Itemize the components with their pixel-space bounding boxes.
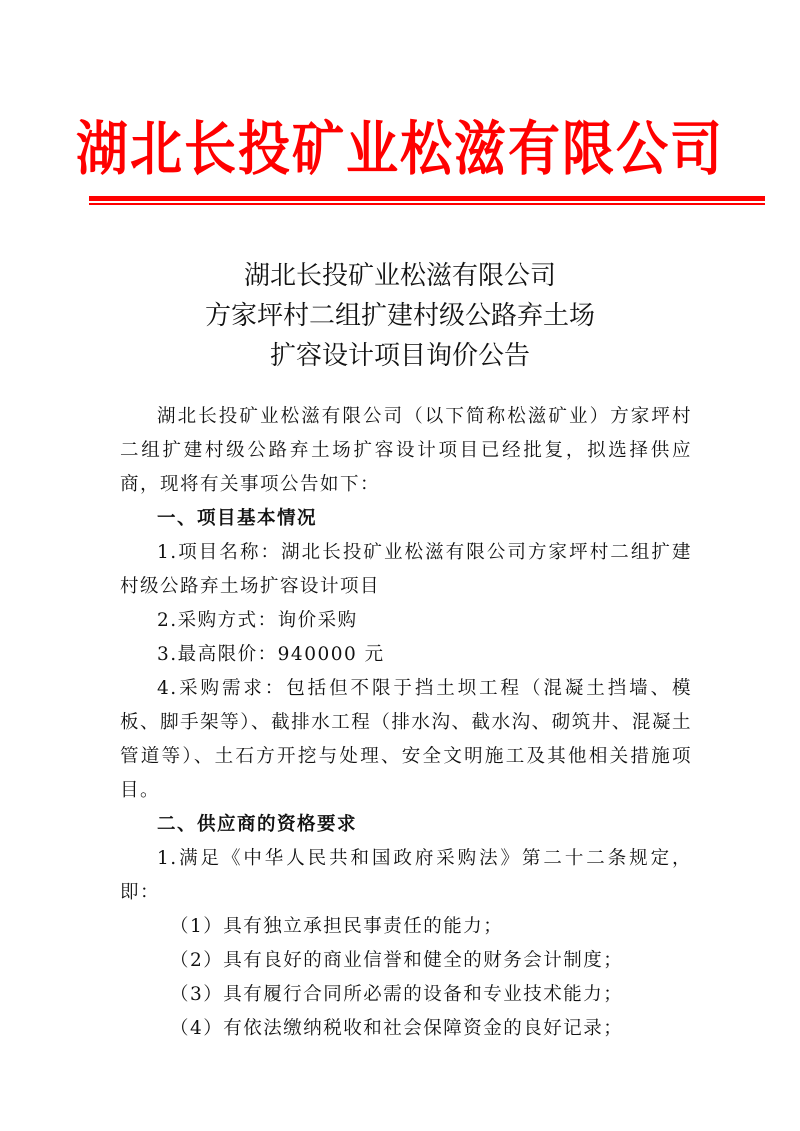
title-line-2: 方家坪村二组扩建村级公路弃土场 [0,296,800,336]
section-1-item-3: 3.最高限价：940000 元 [120,638,692,672]
masthead-rule-thick [89,196,765,201]
section-2-item-1: 1.满足《中华人民共和国政府采购法》第二十二条规定，即： [120,842,692,910]
title-line-1: 湖北长投矿业松滋有限公司 [0,256,800,296]
section-2-subitem-2: （2）具有良好的商业信誉和健全的财务会计制度； [120,944,692,978]
section-1-item-4: 4.采购需求：包括但不限于挡土坝工程（混凝土挡墙、模板、脚手架等）、截排水工程（… [120,672,692,808]
section-1-item-2: 2.采购方式：询价采购 [120,604,692,638]
title-line-3: 扩容设计项目询价公告 [0,336,800,376]
masthead-rule-thin [89,203,765,205]
section-2-subitem-1: （1）具有独立承担民事责任的能力； [120,910,692,944]
section-heading-1: 一、项目基本情况 [120,502,692,536]
company-masthead: 湖北长投矿业松滋有限公司 [0,114,800,186]
intro-paragraph: 湖北长投矿业松滋有限公司（以下简称松滋矿业）方家坪村二组扩建村级公路弃土场扩容设… [120,400,692,502]
section-2-subitem-4: （4）有依法缴纳税收和社会保障资金的良好记录； [120,1012,692,1046]
section-heading-2: 二、供应商的资格要求 [120,808,692,842]
document-body: 湖北长投矿业松滋有限公司（以下简称松滋矿业）方家坪村二组扩建村级公路弃土场扩容设… [120,400,692,1046]
section-2-subitem-3: （3）具有履行合同所必需的设备和专业技术能力； [120,978,692,1012]
section-1-item-1: 1.项目名称：湖北长投矿业松滋有限公司方家坪村二组扩建村级公路弃土场扩容设计项目 [120,536,692,604]
document-title: 湖北长投矿业松滋有限公司 方家坪村二组扩建村级公路弃土场 扩容设计项目询价公告 [0,256,800,376]
